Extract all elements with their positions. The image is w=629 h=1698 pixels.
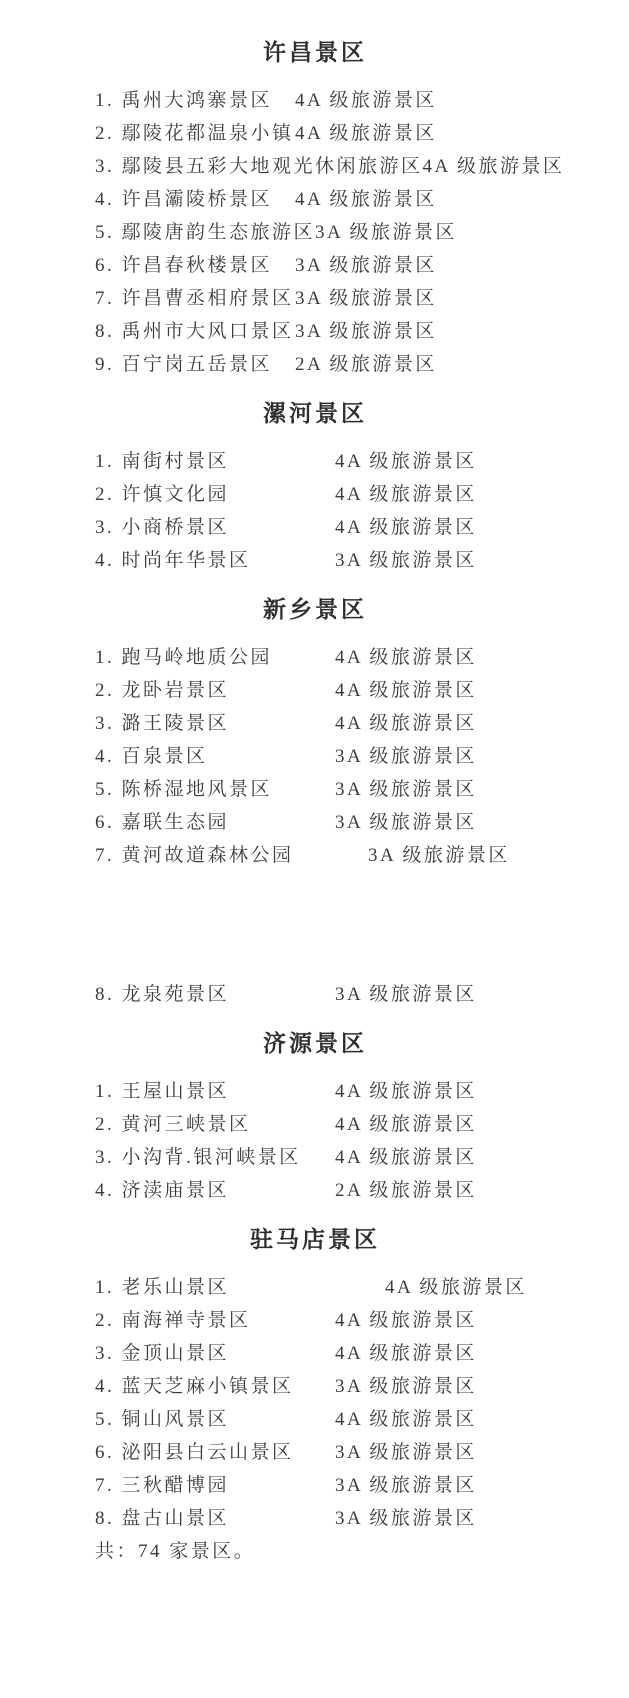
scenic-area-rating: 4A 级旅游景区 [335,1305,477,1332]
scenic-area-rating: 3A 级旅游景区 [295,250,437,277]
scenic-area-rating: 3A 级旅游景区 [335,1437,477,1464]
scenic-area-name: 4. 百泉景区 [95,741,335,768]
scenic-area-row: 4. 济渎庙景区 2A 级旅游景区 [95,1172,599,1205]
scenic-area-rating: 4A 级旅游景区 [295,184,437,211]
scenic-area-rating: 3A 级旅游景区 [335,1371,477,1398]
scenic-area-rating: 4A 级旅游景区 [335,1338,477,1365]
scenic-area-rating: 4A 级旅游景区 [295,85,437,112]
scenic-area-name: 3. 金顶山景区 [95,1338,335,1365]
scenic-area-rating: 3A 级旅游景区 [315,217,457,244]
scenic-area-row: 4. 百泉景区 3A 级旅游景区 [95,738,599,771]
scenic-area-row: 3. 小沟背.银河峡景区 4A 级旅游景区 [95,1139,599,1172]
scenic-area-name: 5. 铜山风景区 [95,1404,335,1431]
scenic-area-name: 7. 许昌曹丞相府景区 [95,283,295,310]
scenic-area-row: 3. 小商桥景区 4A 级旅游景区 [95,509,599,542]
section-xuchang: 许昌景区 1. 禹州大鸿寨景区 4A 级旅游景区 2. 鄢陵花都温泉小镇 4A … [95,40,599,379]
scenic-area-row: 3. 金顶山景区 4A 级旅游景区 [95,1335,599,1368]
scenic-area-row: 2. 南海禅寺景区 4A 级旅游景区 [95,1302,599,1335]
scenic-area-name: 1. 老乐山景区 [95,1272,385,1299]
scenic-area-row: 4. 时尚年华景区 3A 级旅游景区 [95,542,599,575]
scenic-area-name: 5. 陈桥湿地风景区 [95,774,335,801]
scenic-area-name: 2. 黄河三峡景区 [95,1109,335,1136]
scenic-area-rating: 4A 级旅游景区 [295,118,437,145]
scenic-area-name: 4. 时尚年华景区 [95,545,335,572]
scenic-area-row: 1. 王屋山景区 4A 级旅游景区 [95,1073,599,1106]
scenic-area-rating: 4A 级旅游景区 [335,1404,477,1431]
scenic-area-rating: 3A 级旅游景区 [335,741,477,768]
scenic-area-rating: 4A 级旅游景区 [335,675,477,702]
total-count: 共：74 家景区。 [95,1533,599,1566]
scenic-area-name: 3. 潞王陵景区 [95,708,335,735]
scenic-area-rating: 4A 级旅游景区 [335,512,477,539]
scenic-area-row: 5. 鄢陵唐韵生态旅游区 3A 级旅游景区 [95,214,599,247]
scenic-area-rating: 4A 级旅游景区 [335,708,477,735]
scenic-area-row: 8. 龙泉苑景区 3A 级旅游景区 [95,976,599,1009]
scenic-area-row: 4. 许昌灞陵桥景区 4A 级旅游景区 [95,181,599,214]
scenic-area-rating: 2A 级旅游景区 [335,1175,477,1202]
scenic-area-name: 7. 黄河故道森林公园 [95,840,368,867]
section-title-luohe: 漯河景区 [95,401,535,427]
scenic-area-row: 6. 许昌春秋楼景区 3A 级旅游景区 [95,247,599,280]
scenic-area-name: 7. 三秋醋博园 [95,1470,335,1497]
scenic-area-name: 4. 济渎庙景区 [95,1175,335,1202]
page-break-gap [95,870,599,976]
section-xinxiang: 新乡景区 1. 跑马岭地质公园 4A 级旅游景区 2. 龙卧岩景区 4A 级旅游… [95,597,599,1009]
scenic-area-row: 7. 黄河故道森林公园 3A 级旅游景区 [95,837,599,870]
scenic-area-name: 6. 嘉联生态园 [95,807,335,834]
scenic-area-row: 8. 禹州市大风口景区 3A 级旅游景区 [95,313,599,346]
scenic-area-name: 1. 禹州大鸿寨景区 [95,85,295,112]
scenic-area-name: 8. 禹州市大风口景区 [95,316,295,343]
scenic-area-rating: 4A 级旅游景区 [335,479,477,506]
scenic-area-row: 7. 三秋醋博园 3A 级旅游景区 [95,1467,599,1500]
scenic-area-row: 4. 蓝天芝麻小镇景区 3A 级旅游景区 [95,1368,599,1401]
scenic-area-name: 3. 鄢陵县五彩大地观光休闲旅游区 [95,151,423,178]
scenic-area-name: 3. 小沟背.银河峡景区 [95,1142,335,1169]
scenic-area-rating: 3A 级旅游景区 [335,1503,477,1530]
scenic-area-name: 2. 龙卧岩景区 [95,675,335,702]
scenic-area-row: 8. 盘古山景区 3A 级旅游景区 [95,1500,599,1533]
scenic-area-row: 7. 许昌曹丞相府景区 3A 级旅游景区 [95,280,599,313]
section-title-xuchang: 许昌景区 [95,40,535,66]
scenic-area-rating: 2A 级旅游景区 [295,349,437,376]
scenic-area-name: 1. 南街村景区 [95,446,335,473]
scenic-area-rating: 3A 级旅游景区 [335,1470,477,1497]
scenic-area-rating: 3A 级旅游景区 [335,774,477,801]
scenic-area-rating: 4A 级旅游景区 [335,642,477,669]
section-luohe: 漯河景区 1. 南街村景区 4A 级旅游景区 2. 许慎文化园 4A 级旅游景区… [95,401,599,575]
scenic-area-row: 6. 嘉联生态园 3A 级旅游景区 [95,804,599,837]
scenic-area-row: 1. 南街村景区 4A 级旅游景区 [95,443,599,476]
scenic-area-name: 9. 百宁岗五岳景区 [95,349,295,376]
scenic-area-name: 6. 泌阳县白云山景区 [95,1437,335,1464]
scenic-area-row: 1. 禹州大鸿寨景区 4A 级旅游景区 [95,82,599,115]
section-title-xinxiang: 新乡景区 [95,597,535,623]
scenic-area-name: 6. 许昌春秋楼景区 [95,250,295,277]
scenic-area-rating: 4A 级旅游景区 [335,1142,477,1169]
scenic-area-name: 2. 许慎文化园 [95,479,335,506]
scenic-area-row: 2. 龙卧岩景区 4A 级旅游景区 [95,672,599,705]
scenic-area-row: 1. 老乐山景区 4A 级旅游景区 [95,1269,599,1302]
scenic-area-name: 5. 鄢陵唐韵生态旅游区 [95,217,315,244]
scenic-area-row: 6. 泌阳县白云山景区 3A 级旅游景区 [95,1434,599,1467]
scenic-area-row: 2. 鄢陵花都温泉小镇 4A 级旅游景区 [95,115,599,148]
section-jiyuan: 济源景区 1. 王屋山景区 4A 级旅游景区 2. 黄河三峡景区 4A 级旅游景… [95,1031,599,1205]
scenic-area-row: 9. 百宁岗五岳景区 2A 级旅游景区 [95,346,599,379]
scenic-area-rating: 3A 级旅游景区 [295,283,437,310]
scenic-area-name: 2. 南海禅寺景区 [95,1305,335,1332]
scenic-area-row: 1. 跑马岭地质公园 4A 级旅游景区 [95,639,599,672]
section-zhumadian: 驻马店景区 1. 老乐山景区 4A 级旅游景区 2. 南海禅寺景区 4A 级旅游… [95,1227,599,1533]
scenic-area-name: 8. 盘古山景区 [95,1503,335,1530]
scenic-area-rating: 3A 级旅游景区 [368,840,510,867]
scenic-area-rating: 4A 级旅游景区 [335,1109,477,1136]
scenic-area-row: 2. 许慎文化园 4A 级旅游景区 [95,476,599,509]
scenic-area-row: 3. 潞王陵景区 4A 级旅游景区 [95,705,599,738]
scenic-area-name: 4. 许昌灞陵桥景区 [95,184,295,211]
section-title-jiyuan: 济源景区 [95,1031,535,1057]
scenic-area-name: 4. 蓝天芝麻小镇景区 [95,1371,335,1398]
scenic-area-row: 2. 黄河三峡景区 4A 级旅游景区 [95,1106,599,1139]
scenic-area-rating: 3A 级旅游景区 [335,807,477,834]
document-page: 许昌景区 1. 禹州大鸿寨景区 4A 级旅游景区 2. 鄢陵花都温泉小镇 4A … [0,0,629,1566]
scenic-area-name: 2. 鄢陵花都温泉小镇 [95,118,295,145]
scenic-area-name: 1. 跑马岭地质公园 [95,642,335,669]
scenic-area-rating: 3A 级旅游景区 [295,316,437,343]
scenic-area-rating: 3A 级旅游景区 [335,979,477,1006]
scenic-area-name: 8. 龙泉苑景区 [95,979,335,1006]
scenic-area-row: 3. 鄢陵县五彩大地观光休闲旅游区 4A 级旅游景区 [95,148,599,181]
scenic-area-row: 5. 铜山风景区 4A 级旅游景区 [95,1401,599,1434]
scenic-area-rating: 4A 级旅游景区 [335,1076,477,1103]
scenic-area-rating: 4A 级旅游景区 [423,151,565,178]
section-title-zhumadian: 驻马店景区 [95,1227,535,1253]
scenic-area-rating: 4A 级旅游景区 [335,446,477,473]
scenic-area-name: 1. 王屋山景区 [95,1076,335,1103]
scenic-area-rating: 3A 级旅游景区 [335,545,477,572]
scenic-area-rating: 4A 级旅游景区 [385,1272,527,1299]
scenic-area-name: 3. 小商桥景区 [95,512,335,539]
scenic-area-row: 5. 陈桥湿地风景区 3A 级旅游景区 [95,771,599,804]
